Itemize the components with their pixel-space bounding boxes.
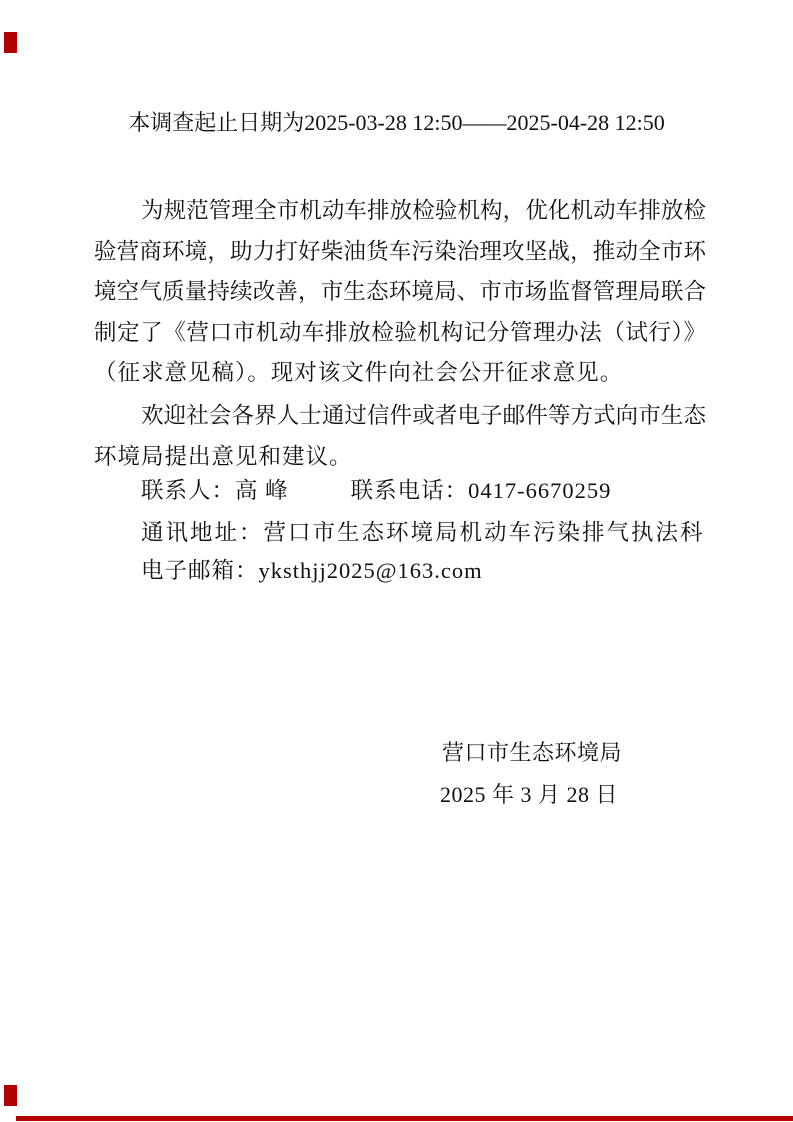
survey-period-line: 本调查起止日期为2025-03-28 12:50——2025-04-28 12:… xyxy=(0,106,793,140)
bottom-red-rule xyxy=(16,1116,793,1121)
signature-date: 2025 年 3 月 28 日 xyxy=(440,778,618,812)
paragraph-1-line-5: （征求意见稿）。现对该文件向社会公开征求意见。 xyxy=(94,353,706,394)
mailing-address-line: 通讯地址：营口市生态环境局机动车污染排气执法科 xyxy=(141,516,705,550)
contact-person-phone-line: 联系人：高 峰 联系电话：0417-6670259 xyxy=(141,474,611,508)
paragraph-2-line-2: 环境局提出意见和建议。 xyxy=(94,437,706,478)
paragraph-2: 欢迎社会各界人士通过信件或者电子邮件等方式向市生态 环境局提出意见和建议。 xyxy=(94,396,706,477)
paragraph-1-line-4: 制定了《营口市机动车排放检验机构记分管理办法（试行）》 xyxy=(94,313,706,354)
paragraph-1-line-3: 境空气质量持续改善，市生态环境局、市市场监督管理局联合 xyxy=(94,272,706,313)
scan-mark-bottom-left xyxy=(4,1085,17,1106)
contact-person: 联系人：高 峰 xyxy=(141,474,289,508)
paragraph-1-line-1: 为规范管理全市机动车排放检验机构，优化机动车排放检 xyxy=(94,191,706,232)
contact-gap xyxy=(289,474,351,508)
paragraph-1: 为规范管理全市机动车排放检验机构，优化机动车排放检 验营商环境，助力打好柴油货车… xyxy=(94,191,706,394)
scan-mark-top-left xyxy=(4,32,17,53)
email-line: 电子邮箱：yksthjj2025@163.com xyxy=(141,554,483,588)
document-page: 本调查起止日期为2025-03-28 12:50——2025-04-28 12:… xyxy=(0,0,793,1122)
paragraph-2-line-1: 欢迎社会各界人士通过信件或者电子邮件等方式向市生态 xyxy=(94,396,706,437)
contact-phone: 联系电话：0417-6670259 xyxy=(351,474,612,508)
paragraph-1-line-2: 验营商环境，助力打好柴油货车污染治理攻坚战，推动全市环 xyxy=(94,232,706,273)
signature-agency: 营口市生态环境局 xyxy=(442,736,622,770)
